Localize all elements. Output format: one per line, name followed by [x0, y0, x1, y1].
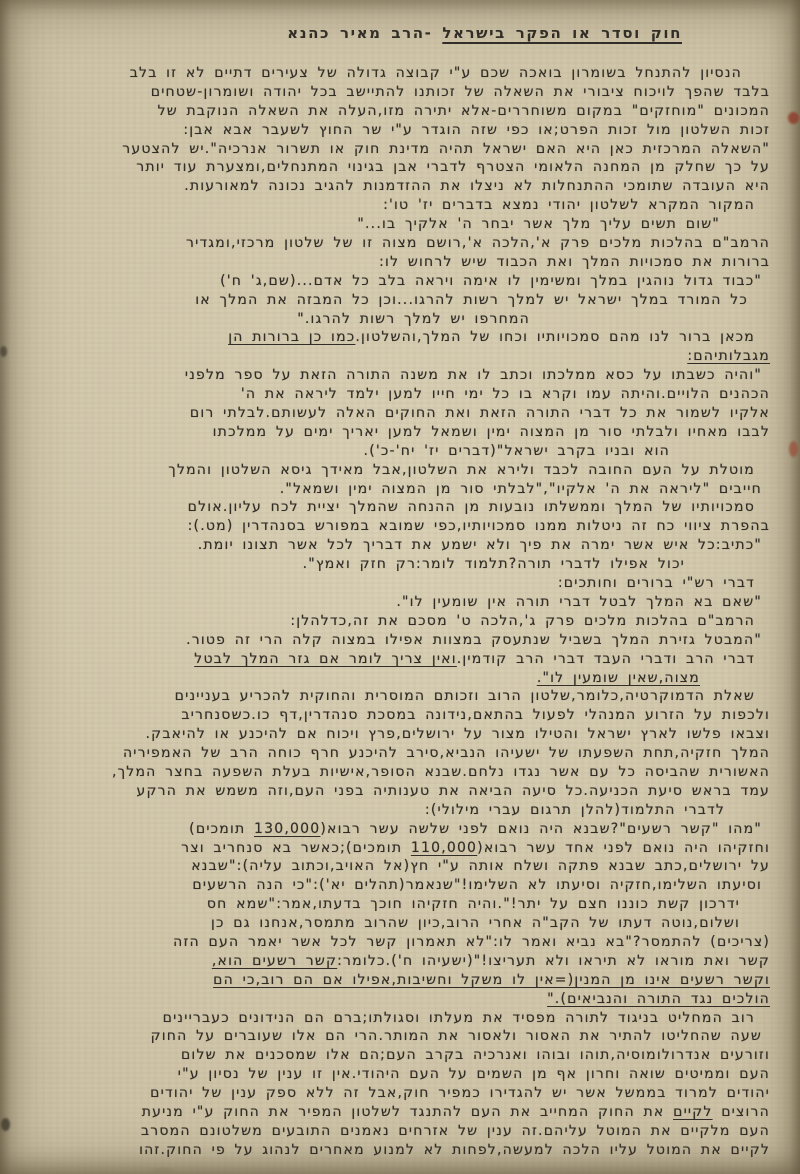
underlined-text: מגבלותיהם:	[687, 348, 770, 364]
text-segment: מוטלת על העם החובה לכבד ולירא את השלטון,…	[168, 462, 755, 478]
text-segment: קשר ואת מוראו לא תיראו ולא תעריצו!"(ישעי…	[337, 953, 770, 969]
text-line: הוא ובניו בקרב ישראל"(דברים יז' יח'-כ').	[22, 442, 770, 461]
text-line: ידרכון קשת כוננו חצם על יתר!".והיה חזקיה…	[22, 895, 770, 914]
text-line: (צריכים) להתמסר?"בא נביא ואמר לו:"לא תאמ…	[22, 933, 770, 952]
text-line: דברי רש"י ברורים וחותכים:	[22, 574, 770, 593]
text-segment: המקור המקרא לשלטון יהודי נמצא בדברים יז'…	[383, 197, 755, 213]
text-segment: על כך שחלק מן המחנה הלאומי הצטרף לדברי א…	[136, 159, 770, 175]
text-segment: הרמב"ם בהלכות מלכים פרק ג',הלכה ט' מסכם …	[290, 613, 755, 629]
underlined-text: ואין צריך לומר אם גזר המלך לבטל	[194, 651, 456, 667]
text-line: "מהו "קשר רשעים"?שבנא היה נואם לפני שלשה…	[22, 820, 770, 839]
text-segment: "מהו "קשר רשעים"?שבנא היה נואם לפני שלשה…	[320, 821, 762, 837]
text-segment: זכות השלטון מול זכות הפרט;או כפי שזה הוג…	[183, 122, 770, 138]
text-line: שעה שהחליטו להתיר את האסור ולאסור את המו…	[22, 1027, 770, 1046]
text-segment: המכונים "מוחזקים" במקום משוחררים-אלא יתי…	[158, 103, 770, 119]
text-segment: "המבטל גזירת המלך בשביל שנתעסק במצוות אפ…	[186, 632, 762, 648]
text-line: "שאם בא המלך לבטל דברי תורה אין שומעין ל…	[22, 593, 770, 612]
text-segment: שאלת הדמוקרטיה,כלומר,שלטון הרוב וזכותם ה…	[175, 688, 755, 704]
text-line: יהודים למרוד בממשל אשר יש להגדירו כמפיר …	[22, 1084, 770, 1103]
text-segment: סמכויותיו של המלך וממשלתו נובעות מן ההנח…	[188, 499, 755, 515]
underlined-text: קשר רשעים הוא,	[212, 953, 337, 969]
text-segment: מכאן ברור לנו מהם סמכויותיו וכחו של המלך…	[355, 329, 755, 345]
text-line: לדברי התלמוד(להלן תרגום עברי מילולי):	[22, 801, 770, 820]
text-line: "כתיב:כל איש אשר ימרה את פיך ולא ישמע את…	[22, 536, 770, 555]
text-line: וזורעים אנדרולומוסיה,תוהו ובוהו ואנרכיה …	[22, 1046, 770, 1065]
text-line: "והיה כשבתו על כסא ממלכתו וכתב לו את משנ…	[22, 366, 770, 385]
text-line: הכהנים הלויים.והיתה עמו וקרא בו כל ימי ח…	[22, 385, 770, 404]
text-segment: לדברי התלמוד(להלן תרגום עברי מילולי):	[425, 802, 725, 818]
text-line: ושלום,נוטה דעתו של הקב"ה אחרי הרוב,כיון …	[22, 914, 770, 933]
text-line: "השאלה המרכזית כאן היא האם ישראל תהיה מד…	[22, 140, 770, 159]
text-line: מכאן ברור לנו מהם סמכויותיו וכחו של המלך…	[22, 328, 770, 347]
article-title: חוק וסדר או הפקר בישראל -הרב מאיר כהנא	[22, 24, 770, 42]
text-segment: ידרכון קשת כוננו חצם על יתר!".והיה חזקיה…	[207, 896, 740, 912]
text-segment: האשורית שהביסה כל עם אשר נגדו נלחם.שבנא …	[112, 764, 770, 780]
text-line: מגבלותיהם:	[22, 347, 770, 366]
text-segment: בלבד שהפך לויכוח ציבורי את השאלה של זכות…	[151, 84, 770, 100]
text-line: חייבים "ליראה את ה' אלקיו","לבלתי סור מן…	[22, 480, 770, 499]
text-line: סמכויותיו של המלך וממשלתו נובעות מן ההנח…	[22, 498, 770, 517]
text-segment: הכהנים הלויים.והיתה עמו וקרא בו כל ימי ח…	[241, 386, 770, 402]
text-line: המקור המקרא לשלטון יהודי נמצא בדברים יז'…	[22, 196, 770, 215]
underlined-text: וקשר רשעים אינו מן המנין(=אין לו משקל וח…	[213, 972, 770, 988]
text-line: המכונים "מוחזקים" במקום משוחררים-אלא יתי…	[22, 102, 770, 121]
text-line: זכות השלטון מול זכות הפרט;או כפי שזה הוג…	[22, 121, 770, 140]
text-segment: ושלום,נוטה דעתו של הקב"ה אחרי הרוב,כיון …	[211, 915, 740, 931]
underlined-text: 110,000	[411, 840, 477, 856]
text-segment: הרמב"ם בהלכות מלכים פרק א',הלכה א',רושם …	[186, 235, 770, 251]
text-line: ברורות את סמכויות המלך ואת הכבוד שיש לרח…	[22, 253, 770, 272]
text-segment: "כתיב:כל איש אשר ימרה את פיך ולא ישמע את…	[198, 537, 762, 553]
text-segment: המלך חזקיה,תחת השפעתו של ישעיהו הנביא,סי…	[123, 745, 770, 761]
text-line: האשורית שהביסה כל עם אשר נגדו נלחם.שבנא …	[22, 763, 770, 782]
text-line: עמד בראש סיעת הכניעה.כל סיעה הביאה את טע…	[22, 782, 770, 801]
text-segment: הוא ובניו בקרב ישראל"(דברים יז' יח'-כ').	[364, 443, 670, 459]
text-line: הולכים נגד התורה והנביאים)."	[22, 990, 770, 1009]
text-segment: "השאלה המרכזית כאן היא האם ישראל תהיה מד…	[122, 141, 770, 157]
underlined-text: לקיים	[673, 1104, 712, 1120]
text-segment: בהפרת ציווי כח זה ניטלות ממנו סמכויותיו,…	[188, 518, 770, 534]
text-segment: כל המורד במלך ישראל יש למלך רשות להרגו..…	[195, 292, 748, 308]
text-line: דברי הרב ודברי העבד דברי הרב קודמין.ואין…	[22, 650, 770, 669]
text-line: רוב המחליט בניגוד לתורה מפסיד את מעלתו ו…	[22, 1009, 770, 1028]
underlined-text: 130,000	[254, 821, 320, 837]
text-line: וקשר רשעים אינו מן המנין(=אין לו משקל וח…	[22, 971, 770, 990]
text-line: המחרפו יש למלך רשות להרגו."	[22, 310, 770, 329]
text-segment: וחזקיהו היה נואם לפני אחד עשר רבוא(	[477, 840, 770, 856]
text-line: הרוצים לקיים את החוק המחייב את העם להתנג…	[22, 1103, 770, 1122]
text-segment: "שאם בא המלך לבטל דברי תורה אין שומעין ל…	[396, 594, 762, 610]
text-segment: עמד בראש סיעת הכניעה.כל סיעה הביאה את טע…	[137, 783, 770, 799]
text-segment: דברי רש"י ברורים וחותכים:	[558, 575, 755, 591]
text-segment: לקיים את המוטל עליו הלכה למעשה,לפחות לא …	[139, 1142, 770, 1158]
text-line: הרמב"ם בהלכות מלכים פרק א',הלכה א',רושם …	[22, 234, 770, 253]
text-segment: אלקיו לשמור את כל דברי התורה הזאת ואת הח…	[190, 405, 770, 421]
text-segment: הרוצים	[713, 1104, 770, 1120]
text-segment: הנסיון להתנחל בשומרון בואכה שכם ע"י קבוצ…	[130, 65, 742, 81]
text-segment: יהודים למרוד בממשל אשר יש להגדירו כמפיר …	[150, 1085, 770, 1101]
text-segment: חייבים "ליראה את ה' אלקיו","לבלתי סור מן…	[280, 481, 762, 497]
text-segment: היא העובדה שתומכי ההתנחלות לא ניצלו את ה…	[184, 178, 770, 194]
text-segment: העם וממיטים שואה וחרון אף מן השמים על הע…	[178, 1066, 770, 1082]
text-line: מוטלת על העם החובה לכבד ולירא את השלטון,…	[22, 461, 770, 480]
underlined-text: כמו כן ברורות הן	[228, 329, 355, 345]
text-line: יכול אפילו לדברי תורה?תלמוד לומר:רק חזק …	[22, 555, 770, 574]
text-segment: וסיעתו השלימו,חזקיה וסיעתו לא השלימו!"שנ…	[192, 877, 762, 893]
underlined-text: מצוה,שאין שומעין לו".	[537, 670, 700, 686]
text-segment: "והיה כשבתו על כסא ממלכתו וכתב לו את משנ…	[185, 367, 762, 383]
article-author: -הרב מאיר כהנא	[287, 24, 442, 42]
text-segment: (צריכים) להתמסר?"בא נביא ואמר לו:"לא תאמ…	[173, 934, 770, 950]
document-page: חוק וסדר או הפקר בישראל -הרב מאיר כהנא ה…	[22, 24, 770, 1160]
text-segment: המחרפו יש למלך רשות להרגו."	[297, 311, 530, 327]
text-segment: העם מלקיים את המוטל עליהם.זה ענין של אזר…	[141, 1123, 770, 1139]
text-line: על כך שחלק מן המחנה הלאומי הצטרף לדברי א…	[22, 158, 770, 177]
text-line: העם וממיטים שואה וחרון אף מן השמים על הע…	[22, 1065, 770, 1084]
text-segment: תומכים);כאשר בא סנחריב וצר	[181, 840, 411, 856]
text-line: היא העובדה שתומכי ההתנחלות לא ניצלו את ה…	[22, 177, 770, 196]
text-segment: ברורות את סמכויות המלך ואת הכבוד שיש לרח…	[379, 254, 770, 270]
text-segment: רוב המחליט בניגוד לתורה מפסיד את מעלתו ו…	[163, 1010, 755, 1026]
text-line: לקיים את המוטל עליו הלכה למעשה,לפחות לא …	[22, 1141, 770, 1160]
text-line: הנסיון להתנחל בשומרון בואכה שכם ע"י קבוצ…	[22, 64, 770, 83]
text-line: ולכפות על הזרוע המנהלי לפעול בהתאם,נידונ…	[22, 706, 770, 725]
text-line: "כבוד גדול נוהגין במלך ומשימין לו אימה ו…	[22, 272, 770, 291]
text-line: וצבאו פלשו לארץ ישראל והטילו מצור על ירו…	[22, 725, 770, 744]
text-line: וחזקיהו היה נואם לפני אחד עשר רבוא(110,0…	[22, 839, 770, 858]
text-line: אלקיו לשמור את כל דברי התורה הזאת ואת הח…	[22, 404, 770, 423]
text-line: וסיעתו השלימו,חזקיה וסיעתו לא השלימו!"שנ…	[22, 876, 770, 895]
text-line: "המבטל גזירת המלך בשביל שנתעסק במצוות אפ…	[22, 631, 770, 650]
document-body: הנסיון להתנחל בשומרון בואכה שכם ע"י קבוצ…	[22, 64, 770, 1160]
text-line: הרמב"ם בהלכות מלכים פרק ג',הלכה ט' מסכם …	[22, 612, 770, 631]
text-segment: על ירושלים,כתב שבנא פתקה ושלח אותה ע"י ח…	[191, 858, 770, 874]
text-segment: לבבו מאחיו ולבלתי סור מן המצוה ימין ושמא…	[213, 424, 770, 440]
text-line: "שום תשים עליך מלך אשר יבחר ה' אלקיך בו.…	[22, 215, 770, 234]
text-segment: את החוק המחייב את העם להתנגד לשלטון המפי…	[142, 1104, 673, 1120]
text-segment: תומכים)	[189, 821, 254, 837]
text-line: שאלת הדמוקרטיה,כלומר,שלטון הרוב וזכותם ה…	[22, 687, 770, 706]
text-line: העם מלקיים את המוטל עליהם.זה ענין של אזר…	[22, 1122, 770, 1141]
underlined-text: הולכים נגד התורה והנביאים)."	[547, 991, 770, 1007]
text-segment: "שום תשים עליך מלך אשר יבחר ה' אלקיך בו.…	[357, 216, 720, 232]
text-line: קשר ואת מוראו לא תיראו ולא תעריצו!"(ישעי…	[22, 952, 770, 971]
text-segment: וצבאו פלשו לארץ ישראל והטילו מצור על ירו…	[146, 726, 770, 742]
text-line: כל המורד במלך ישראל יש למלך רשות להרגו..…	[22, 291, 770, 310]
text-line: על ירושלים,כתב שבנא פתקה ושלח אותה ע"י ח…	[22, 857, 770, 876]
text-line: המלך חזקיה,תחת השפעתו של ישעיהו הנביא,סי…	[22, 744, 770, 763]
text-segment: וזורעים אנדרולומוסיה,תוהו ובוהו ואנרכיה …	[181, 1047, 770, 1063]
text-segment: "כבוד גדול נוהגין במלך ומשימין לו אימה ו…	[220, 273, 762, 289]
text-segment: דברי הרב ודברי העבד דברי הרב קודמין.	[457, 651, 755, 667]
text-line: בהפרת ציווי כח זה ניטלות ממנו סמכויותיו,…	[22, 517, 770, 536]
text-segment: יכול אפילו לדברי תורה?תלמוד לומר:רק חזק …	[303, 556, 685, 572]
text-line: בלבד שהפך לויכוח ציבורי את השאלה של זכות…	[22, 83, 770, 102]
article-title-underlined: חוק וסדר או הפקר בישראל	[442, 24, 682, 42]
text-line: מצוה,שאין שומעין לו".	[22, 669, 770, 688]
text-segment: ולכפות על הזרוע המנהלי לפעול בהתאם,נידונ…	[181, 707, 770, 723]
text-line: לבבו מאחיו ולבלתי סור מן המצוה ימין ושמא…	[22, 423, 770, 442]
text-segment: שעה שהחליטו להתיר את האסור ולאסור את המו…	[151, 1028, 762, 1044]
